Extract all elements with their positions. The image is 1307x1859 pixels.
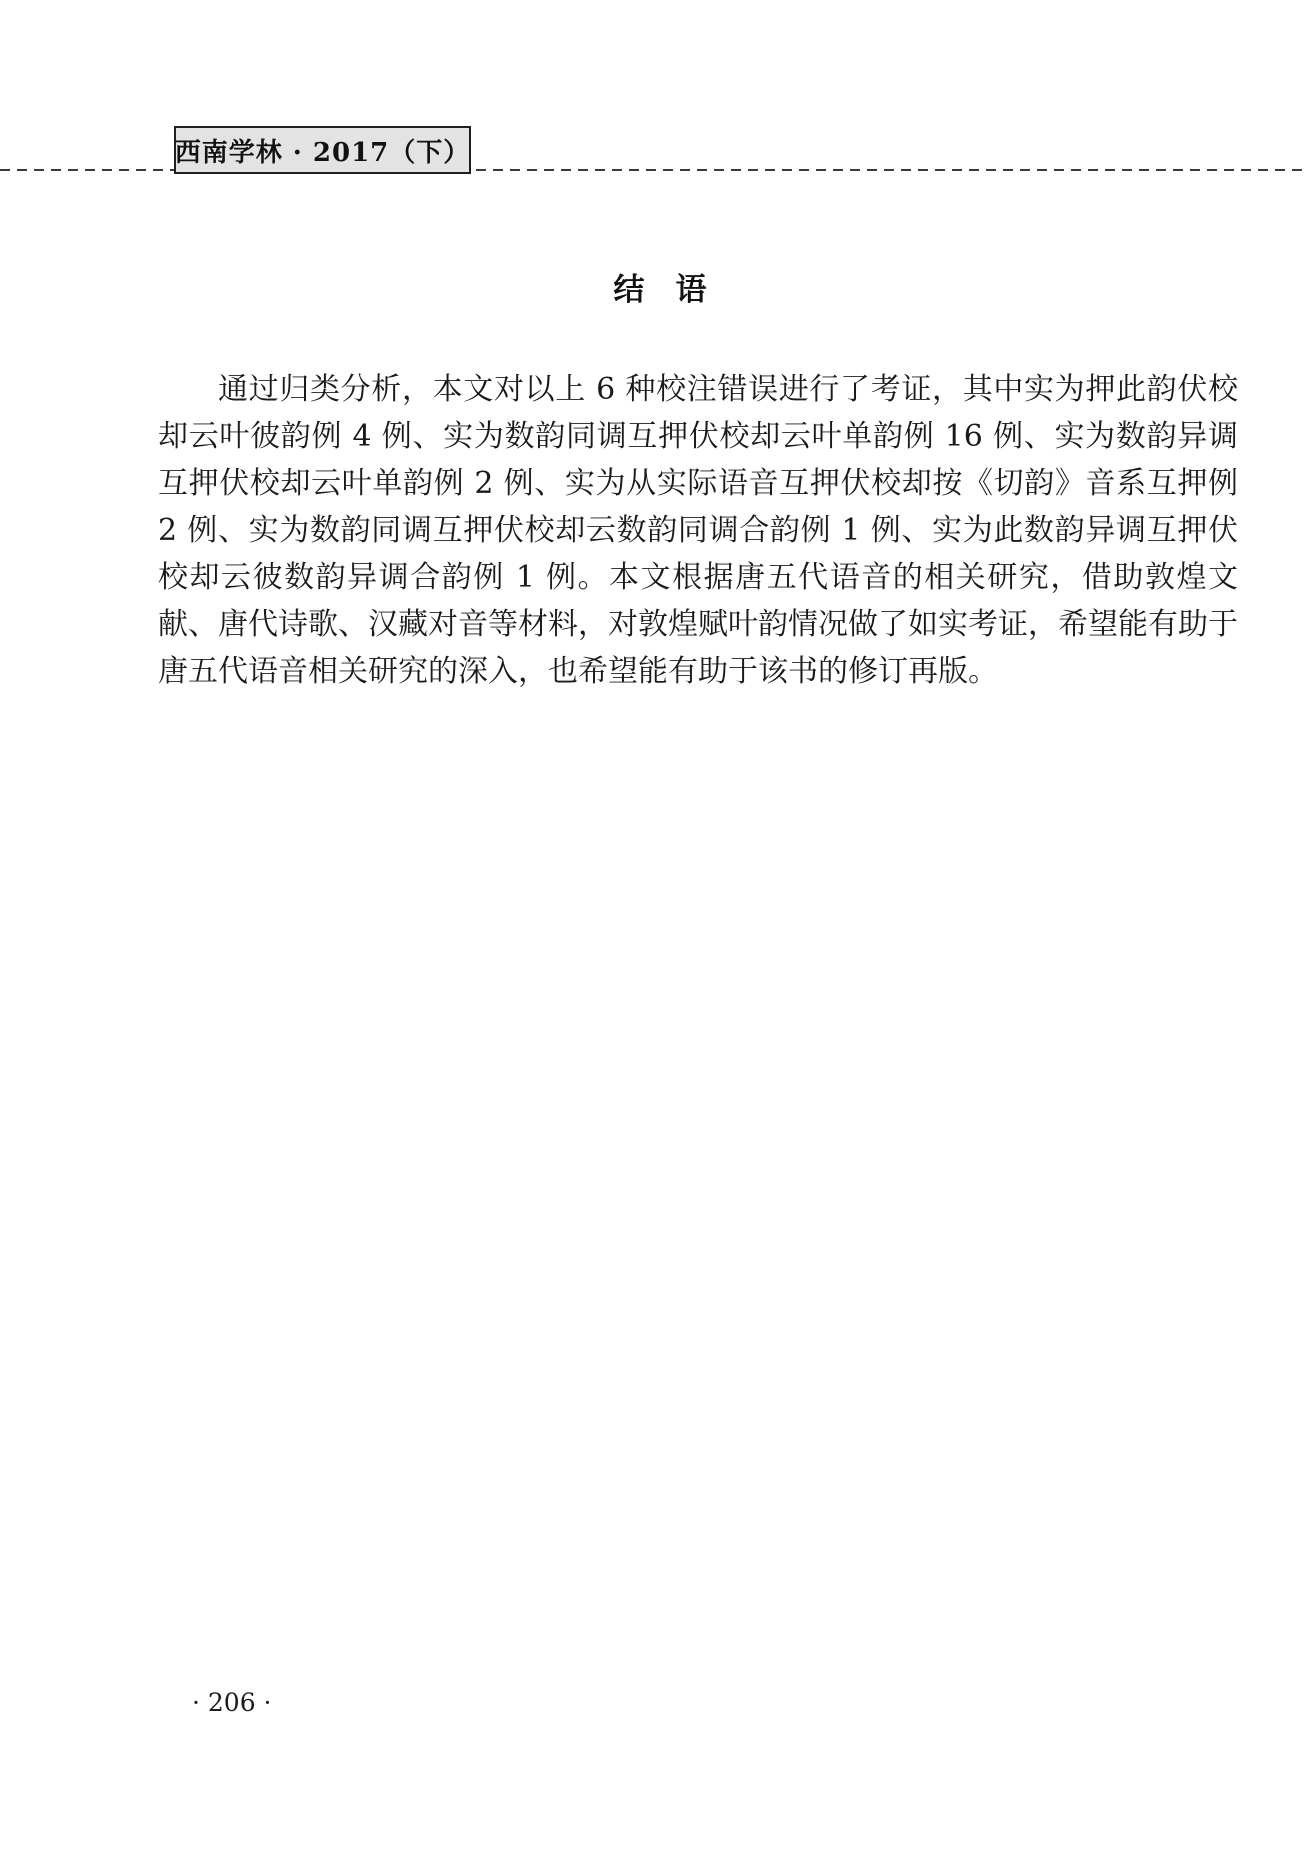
journal-title: 西南学林 · 2017（下） — [175, 132, 471, 169]
body-paragraph: 通过归类分析，本文对以上 6 种校注错误进行了考证，其中实为押此韵伏校却云叶彼韵… — [158, 366, 1238, 695]
section-title: 结 语 — [160, 272, 1160, 308]
book-page: 西南学林 · 2017（下） 结 语 通过归类分析，本文对以上 6 种校注错误进… — [0, 0, 1307, 1859]
page-number: · 206 · — [192, 1688, 272, 1717]
journal-title-box: 西南学林 · 2017（下） — [174, 126, 471, 174]
